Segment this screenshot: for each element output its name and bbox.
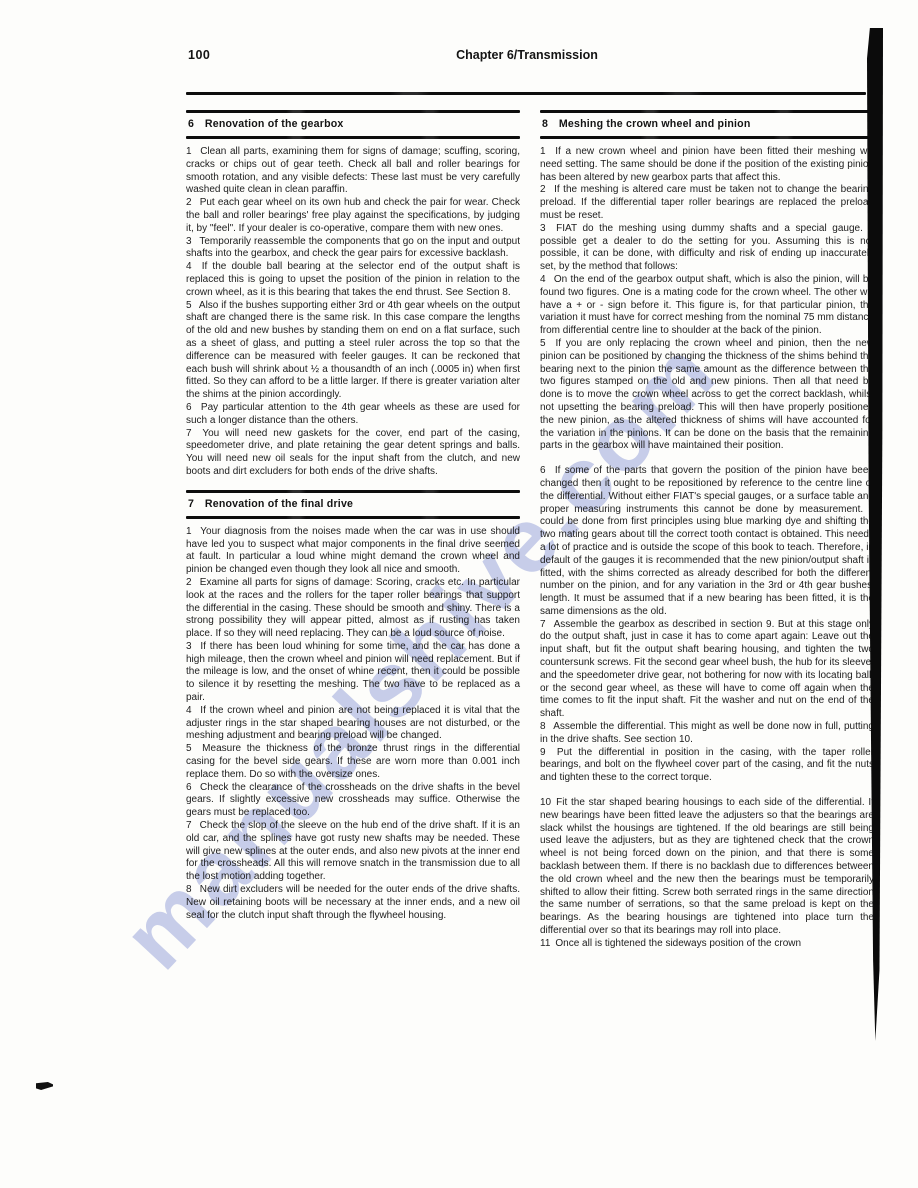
section-heading: 8 Meshing the crown wheel and pinion [540,113,874,136]
section-heading: 6 Renovation of the gearbox [186,113,520,136]
paragraph: 2 Examine all parts for signs of damage:… [186,577,520,641]
paragraph: 5 Measure the thickness of the bronze th… [186,743,520,781]
chapter-title: Chapter 6/Transmission [186,48,868,62]
paragraph: 11 Once all is tightened the sideways po… [540,938,874,951]
heading-rule-bottom [186,136,520,139]
paragraph: 2 If the meshing is altered care must be… [540,184,874,222]
paragraph: 7 You will need new gaskets for the cove… [186,428,520,479]
paragraph: 2 Put each gear wheel on its own hub and… [186,197,520,235]
paragraph: 4 On the end of the gearbox output shaft… [540,274,874,338]
section-renovation-gearbox: 6 Renovation of the gearbox 1 Clean all … [186,110,520,479]
page-number: 100 [188,48,210,62]
paragraph: 3 FIAT do the meshing using dummy shafts… [540,223,874,274]
paragraph: 9 Put the differential in position in th… [540,747,874,785]
paragraph: 3 If there has been loud whining for som… [186,641,520,705]
heading-rule-bottom [186,516,520,519]
paragraph: 6 If some of the parts that govern the p… [540,465,874,619]
section-paragraphs: 1 Your diagnosis from the noises made wh… [186,526,520,923]
paragraph: 7 Assemble the gearbox as described in s… [540,619,874,721]
heading-rule-bottom [540,136,874,139]
paragraph: 4 If the double ball bearing at the sele… [186,261,520,299]
right-column: 8 Meshing the crown wheel and pinion 1 I… [540,110,874,951]
paragraph: 5 If you are only replacing the crown wh… [540,338,874,453]
header-rule [186,92,866,95]
section-heading-block: 7 Renovation of the final drive [186,490,520,519]
paragraph: 1 Your diagnosis from the noises made wh… [186,526,520,577]
paragraph: 1 Clean all parts, examining them for si… [186,146,520,197]
paragraph: 7 Check the slop of the sleeve on the hu… [186,820,520,884]
paragraph: 6 Pay particular attention to the 4th ge… [186,402,520,428]
section-paragraphs: 1 Clean all parts, examining them for si… [186,146,520,479]
paragraph: 4 If the crown wheel and pinion are not … [186,705,520,743]
page-content: 100 Chapter 6/Transmission 6 Renovation … [0,0,918,1188]
paragraph: 10 Fit the star shaped bearing housings … [540,797,874,938]
paragraph: 8 New dirt excluders will be needed for … [186,884,520,922]
page-header: 100 Chapter 6/Transmission [186,48,868,62]
scanned-manual-page: manualshive.com 100 Chapter 6/Transmissi… [0,0,918,1188]
section-paragraphs: 1 If a new crown wheel and pinion have b… [540,146,874,951]
paragraph: 5 Also if the bushes supporting either 3… [186,300,520,402]
left-column: 6 Renovation of the gearbox 1 Clean all … [186,110,520,922]
paragraph: 1 If a new crown wheel and pinion have b… [540,146,874,184]
section-heading-block: 8 Meshing the crown wheel and pinion [540,110,874,139]
paragraph: 8 Assemble the differential. This might … [540,721,874,747]
section-heading: 7 Renovation of the final drive [186,493,520,516]
section-renovation-final-drive: 7 Renovation of the final drive 1 Your d… [186,490,520,923]
paragraph: 3 Temporarily reassemble the components … [186,236,520,262]
section-meshing-crown-wheel: 8 Meshing the crown wheel and pinion 1 I… [540,110,874,951]
paragraph: 6 Check the clearance of the crossheads … [186,782,520,820]
section-heading-block: 6 Renovation of the gearbox [186,110,520,139]
